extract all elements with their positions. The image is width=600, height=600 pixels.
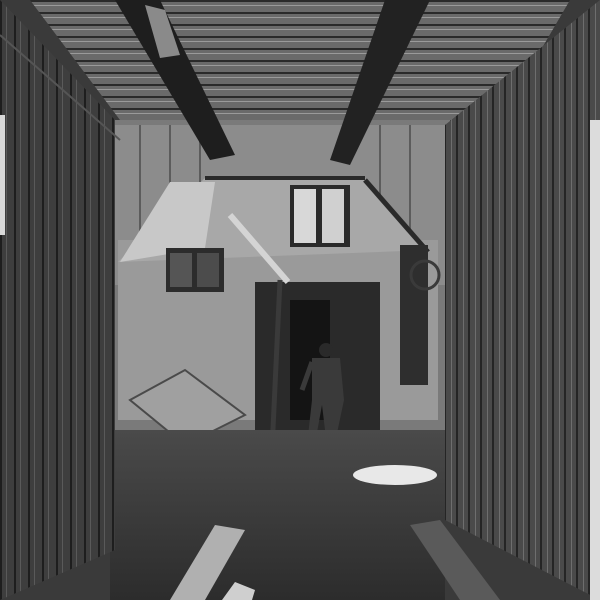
photograph xyxy=(0,0,600,600)
ground xyxy=(110,430,445,600)
snow-patch xyxy=(353,465,437,485)
scene xyxy=(0,0,600,600)
